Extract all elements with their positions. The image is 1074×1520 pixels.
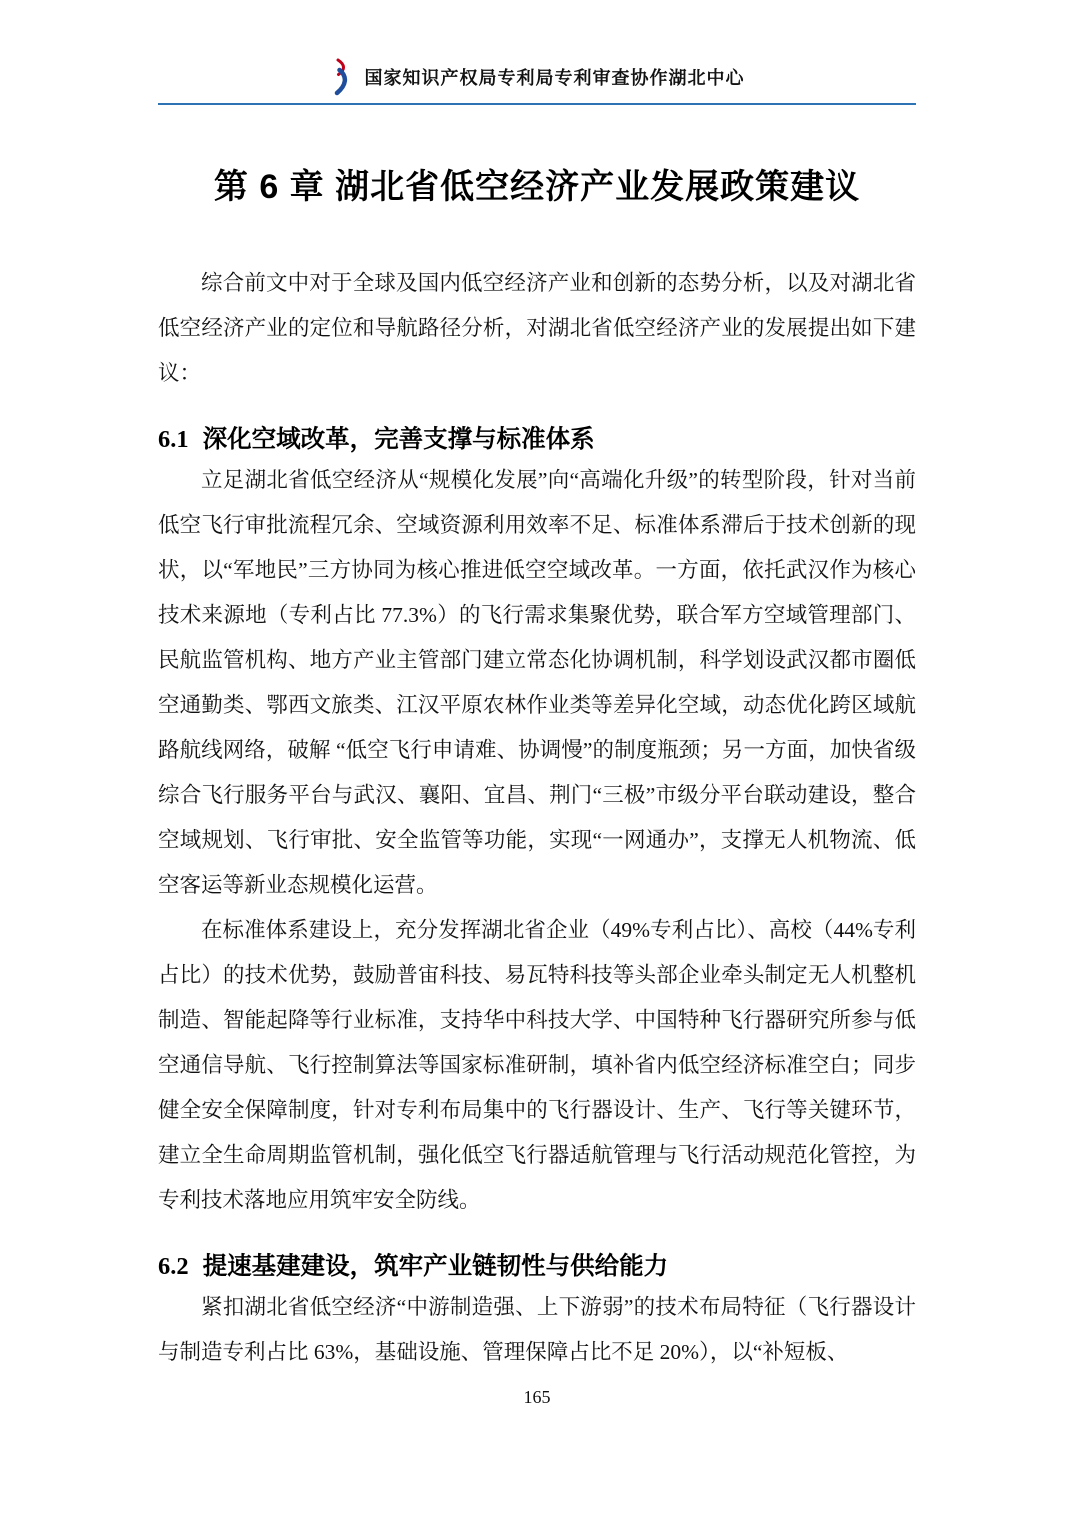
section-6-1-heading: 6.1深化空域改革，完善支撑与标准体系 <box>158 422 916 458</box>
page-header: 国家知识产权局专利局专利审查协作湖北中心 <box>158 58 916 105</box>
section-6-1-paragraph-1: 立足湖北省低空经济从“规模化发展”向“高端化升级”的转型阶段，针对当前低空飞行审… <box>158 458 916 908</box>
page-footer: 165 <box>0 1387 1074 1408</box>
section-6-2-heading: 6.2提速基建建设，筑牢产业链韧性与供给能力 <box>158 1249 916 1285</box>
section-6-2-number: 6.2 <box>158 1253 189 1280</box>
header-inner: 国家知识产权局专利局专利审查协作湖北中心 <box>158 58 916 96</box>
section-6-1-title: 深化空域改革，完善支撑与标准体系 <box>203 426 595 453</box>
org-logo-icon <box>330 58 352 96</box>
chapter-title: 第 6 章 湖北省低空经济产业发展政策建议 <box>158 163 916 211</box>
section-6-2-paragraph-1: 紧扣湖北省低空经济“中游制造强、上下游弱”的技术布局特征（飞行器设计与制造专利占… <box>158 1285 916 1375</box>
page-number: 165 <box>524 1387 551 1407</box>
section-6-1-paragraph-2: 在标准体系建设上，充分发挥湖北省企业（49%专利占比）、高校（44%专利占比）的… <box>158 908 916 1223</box>
header-org-name: 国家知识产权局专利局专利审查协作湖北中心 <box>365 64 745 90</box>
document-body: 第 6 章 湖北省低空经济产业发展政策建议 综合前文中对于全球及国内低空经济产业… <box>158 163 916 1375</box>
intro-paragraph: 综合前文中对于全球及国内低空经济产业和创新的态势分析，以及对湖北省低空经济产业的… <box>158 261 916 396</box>
document-page: 国家知识产权局专利局专利审查协作湖北中心 第 6 章 湖北省低空经济产业发展政策… <box>0 0 1074 1520</box>
section-6-2-title: 提速基建建设，筑牢产业链韧性与供给能力 <box>203 1253 669 1280</box>
section-6-1-number: 6.1 <box>158 426 189 453</box>
